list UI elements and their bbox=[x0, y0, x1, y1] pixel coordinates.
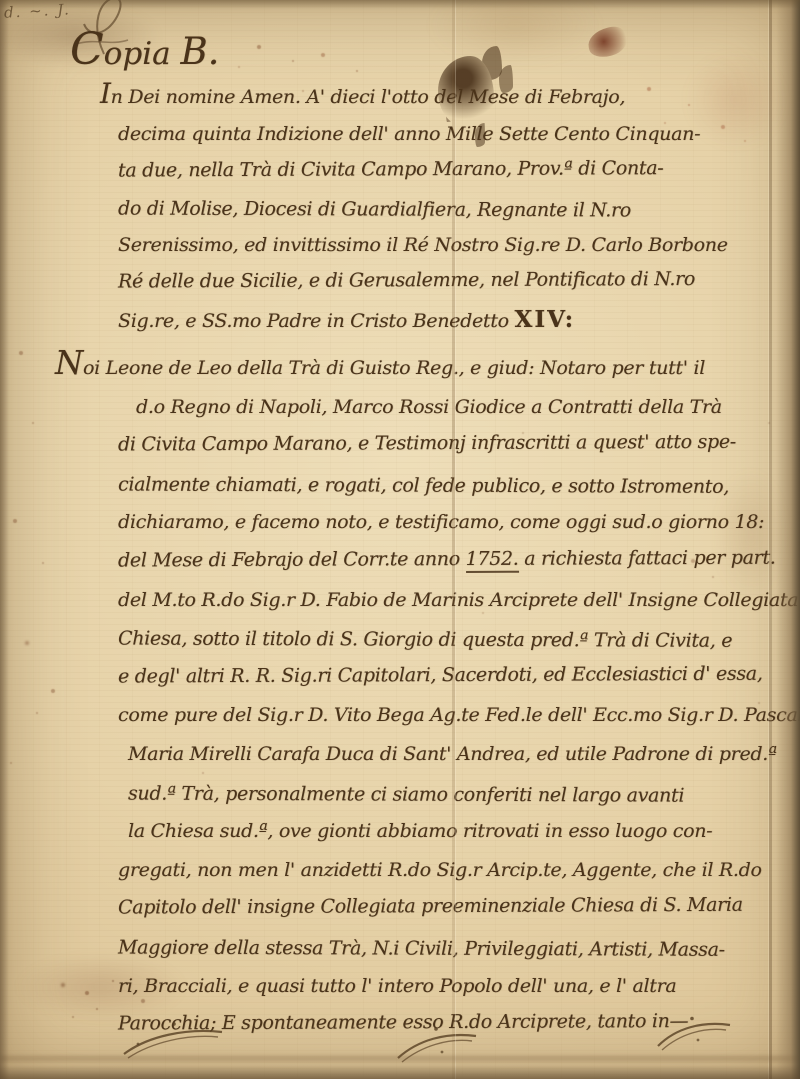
manuscript-line: come pure del Sig.r D. Vito Bega Ag.te F… bbox=[0, 696, 800, 735]
manuscript-line: decima quinta Indizione dell' anno Mille… bbox=[0, 116, 800, 153]
manuscript-line: Noi Leone de Leo della Trà di Guisto Reg… bbox=[0, 344, 800, 388]
paragraph-invocation: In Dei nomine Amen. A' dieci l'otto del … bbox=[0, 76, 800, 340]
manuscript-line: Sig.re, e SS.mo Padre in Cristo Benedett… bbox=[0, 301, 800, 340]
line7-text: Sig.re, e SS.mo Padre in Cristo Benedett… bbox=[118, 310, 515, 332]
underlined-year: 1752. bbox=[466, 548, 519, 573]
manuscript-line: Capitolo dell' insigne Collegiata preemi… bbox=[0, 886, 800, 928]
manuscript-line: Maggiore della stessa Trà, N.i Civili, P… bbox=[0, 928, 800, 970]
edge-shadow-top bbox=[0, 0, 800, 9]
manuscript-line: cialmente chiamati, e rogati, col fede p… bbox=[0, 465, 800, 507]
manuscript-body: In Dei nomine Amen. A' dieci l'otto del … bbox=[0, 76, 800, 1044]
manuscript-line: do di Molise, Diocesi di Guardialfiera, … bbox=[0, 190, 800, 230]
manuscript-line: del M.to R.do Sig.r D. Fabio de Marinis … bbox=[0, 581, 800, 620]
heading-paraph: B. bbox=[180, 30, 219, 73]
manuscript-line: del Mese di Febrajo del Corr.te anno 175… bbox=[0, 538, 800, 580]
manuscript-line: la Chiesa sud.ª, ove gionti abbiamo ritr… bbox=[0, 812, 800, 851]
manuscript-line: In Dei nomine Amen. A' dieci l'otto del … bbox=[0, 76, 800, 116]
heading-copia-text: Copia bbox=[70, 36, 171, 72]
manuscript-line: e degl' altri R. R. Sig.ri Capitolari, S… bbox=[0, 654, 800, 696]
manuscript-line: Maria Mirelli Carafa Duca di Sant' Andre… bbox=[0, 735, 800, 774]
manuscript-line: d.o Regno di Napoli, Marco Rossi Giodice… bbox=[0, 388, 800, 427]
manuscript-line: ri, Bracciali, e quasi tutto l' intero P… bbox=[0, 967, 800, 1006]
manuscript-line: Parocchia; E spontaneamente esso R.do Ar… bbox=[0, 1002, 800, 1044]
foxing-speckles bbox=[0, 0, 2, 2]
ink-stain-top-right bbox=[585, 24, 631, 61]
corner-folio-mark: d. ~. J. bbox=[4, 2, 72, 20]
paragraph-notarial-act: Noi Leone de Leo della Trà di Guisto Reg… bbox=[0, 344, 800, 1044]
manuscript-line: Serenissimo, ed invittissimo il Ré Nostr… bbox=[0, 227, 800, 264]
fold-shadow-bottom bbox=[0, 1056, 800, 1061]
regnal-numeral: XIV: bbox=[515, 306, 576, 333]
manuscript-page: d. ~. J. Copia B. In Dei nomine Amen. A'… bbox=[0, 0, 800, 1079]
damp-stain-top-center bbox=[430, 0, 600, 64]
manuscript-line: dichiaramo, e facemo noto, e testificamo… bbox=[0, 503, 800, 542]
line13-pre: del Mese di Febrajo del Corr.te anno bbox=[118, 548, 466, 572]
edge-shadow-bottom bbox=[0, 1065, 800, 1079]
manuscript-line: Ré delle due Sicilie, e di Gerusalemme, … bbox=[0, 261, 800, 301]
line13-post: a richiesta fattaci per part. bbox=[518, 547, 775, 570]
manuscript-line: di Civita Campo Marano, e Testimonj infr… bbox=[0, 423, 800, 465]
heading-copia: Copia B. bbox=[70, 26, 219, 74]
manuscript-line: sud.ª Trà, personalmente ci siamo confer… bbox=[0, 774, 800, 816]
manuscript-line: ta due, nella Trà di Civita Campo Marano… bbox=[0, 150, 800, 190]
manuscript-line: gregati, non men l' anzidetti R.do Sig.r… bbox=[0, 851, 800, 890]
